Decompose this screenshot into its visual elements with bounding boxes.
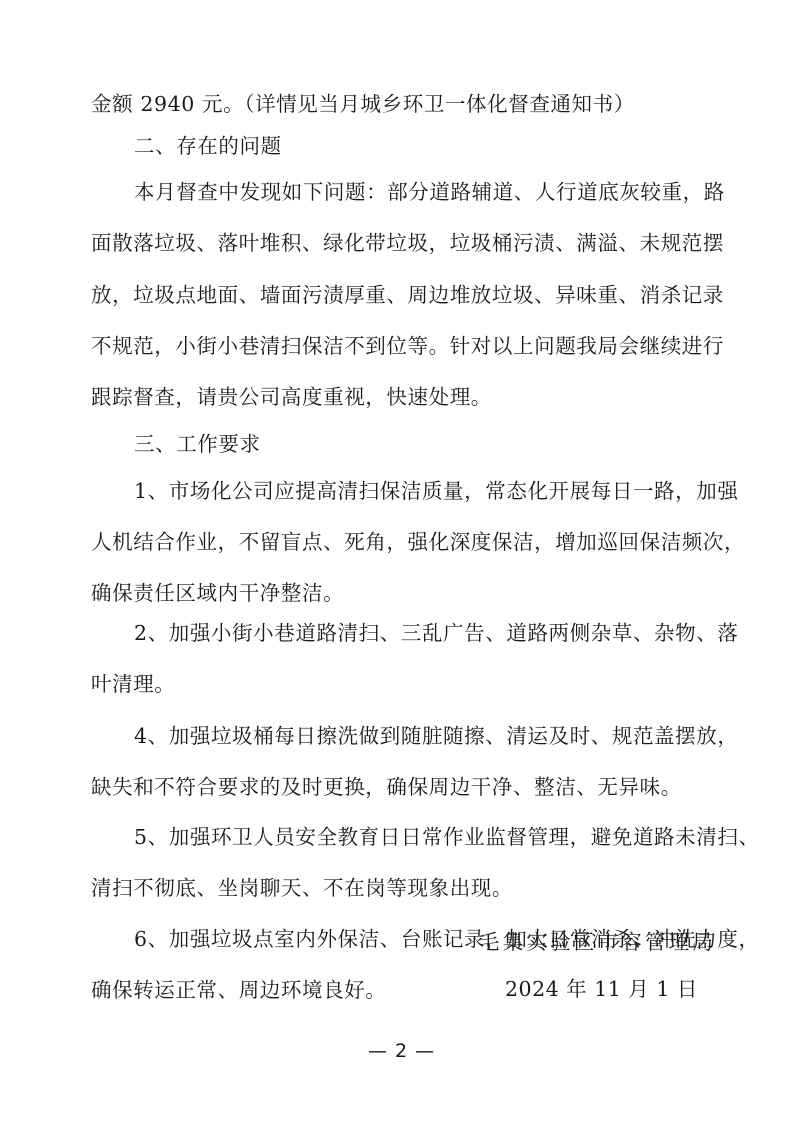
text-line: 二、存在的问题 [134, 132, 282, 160]
text-line: 三、工作要求 [134, 430, 261, 458]
text-line: 确保转运正常、周边环境良好。 [91, 976, 386, 1004]
text-line: 金额 2940 元。（详情见当月城乡环卫一体化督查通知书） [91, 90, 635, 118]
text-line: 人机结合作业，不留盲点、死角，强化深度保洁，增加巡回保洁频次， [91, 528, 745, 556]
signature-organization: 毛集实验区市容管理局 [479, 928, 716, 956]
text-line: 跟踪督查，请贵公司高度重视，快速处理。 [91, 383, 492, 411]
text-line: 确保责任区域内干净整洁。 [91, 579, 344, 607]
text-line: 缺失和不符合要求的及时更换，确保周边干净、整洁、无异味。 [91, 773, 682, 801]
text-line: 不规范，小街小巷清扫保洁不到位等。针对以上问题我局会继续进行 [91, 332, 724, 360]
text-line: 面散落垃圾、落叶堆积、绿化带垃圾，垃圾桶污渍、满溢、未规范摆 [91, 229, 724, 257]
text-line: 2、加强小街小巷道路清扫、三乱广告、道路两侧杂草、杂物、落 [134, 619, 738, 647]
text-line: 本月督查中发现如下问题：部分道路辅道、人行道底灰较重，路 [134, 178, 725, 206]
text-line: 清扫不彻底、坐岗聊天、不在岗等现象出现。 [91, 874, 513, 902]
text-line: 1、市场化公司应提高清扫保洁质量，常态化开展每日一路，加强 [134, 477, 738, 505]
text-line: 放，垃圾点地面、墙面污渍厚重、周边堆放垃圾、异味重、消杀记录 [91, 281, 724, 309]
signature-date: 2024 年 11 月 1 日 [505, 975, 698, 1003]
text-line: 4、加强垃圾桶每日擦洗做到随脏随擦、清运及时、规范盖摆放， [134, 722, 738, 750]
text-line: 5、加强环卫人员安全教育日日常作业监督管理，避免道路未清扫、 [134, 823, 760, 851]
page-number: — 2 — [368, 1040, 435, 1062]
text-line: 叶清理。 [91, 670, 175, 698]
